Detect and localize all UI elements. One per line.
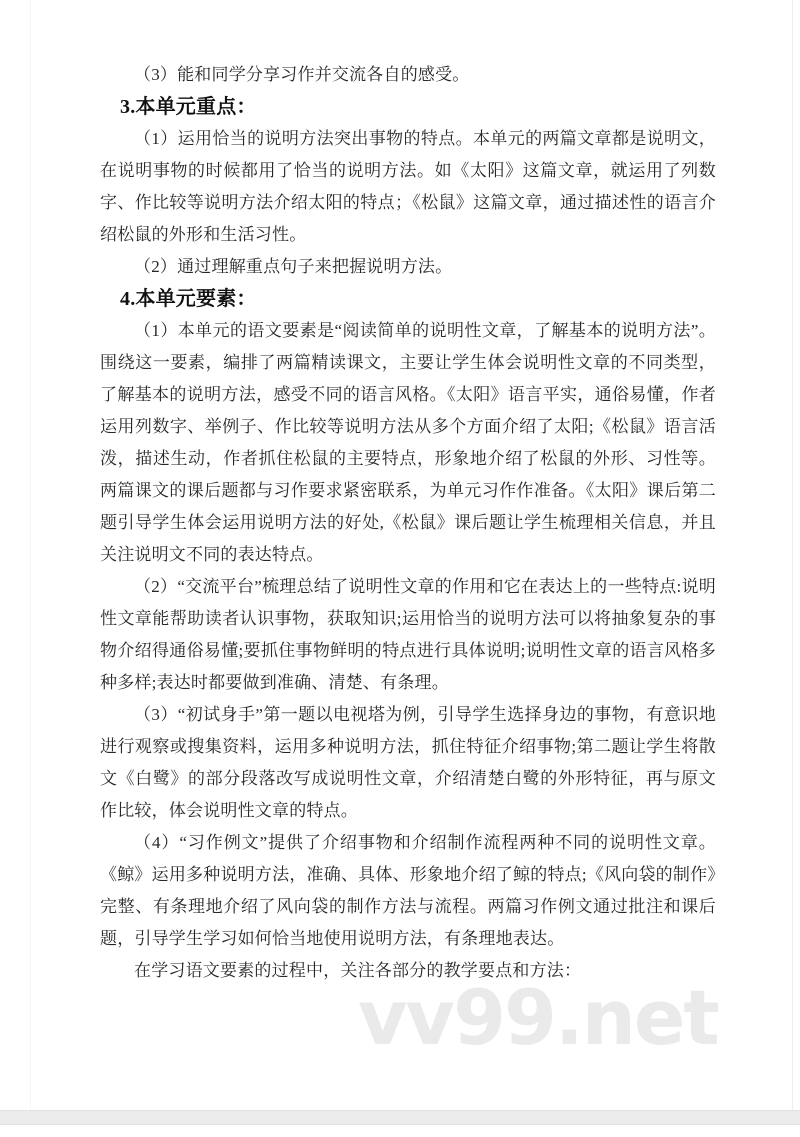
section-heading: 4.本单元要素： — [100, 283, 716, 315]
document-body: （3）能和同学分享习作并交流各自的感受。3.本单元重点：（1）运用恰当的说明方法… — [100, 59, 716, 987]
page-right-edge — [792, 0, 793, 1110]
paragraph: （3）能和同学分享习作并交流各自的感受。 — [100, 59, 716, 91]
page-left-edge — [30, 0, 31, 1110]
paragraph: （2）通过理解重点句子来把握说明方法。 — [100, 251, 716, 283]
next-page-top — [0, 1125, 800, 1137]
watermark: vv99.net — [358, 980, 718, 1056]
document-page: （3）能和同学分享习作并交流各自的感受。3.本单元重点：（1）运用恰当的说明方法… — [0, 0, 800, 1110]
paragraph: （1）运用恰当的说明方法突出事物的特点。本单元的两篇文章都是说明文，在说明事物的… — [100, 123, 716, 251]
paragraph: （1）本单元的语文要素是“阅读简单的说明性文章，了解基本的说明方法”。围绕这一要… — [100, 315, 716, 571]
paragraph: （4）“习作例文”提供了介绍事物和介绍制作流程两种不同的说明性文章。《鲸》运用多… — [100, 827, 716, 955]
section-heading: 3.本单元重点： — [100, 91, 716, 123]
page-gap-divider — [0, 1110, 800, 1125]
paragraph: （3）“初试身手”第一题以电视塔为例，引导学生选择身边的事物，有意识地进行观察或… — [100, 699, 716, 827]
paragraph: （2）“交流平台”梳理总结了说明性文章的作用和它在表达上的一些特点:说明性文章能… — [100, 571, 716, 699]
